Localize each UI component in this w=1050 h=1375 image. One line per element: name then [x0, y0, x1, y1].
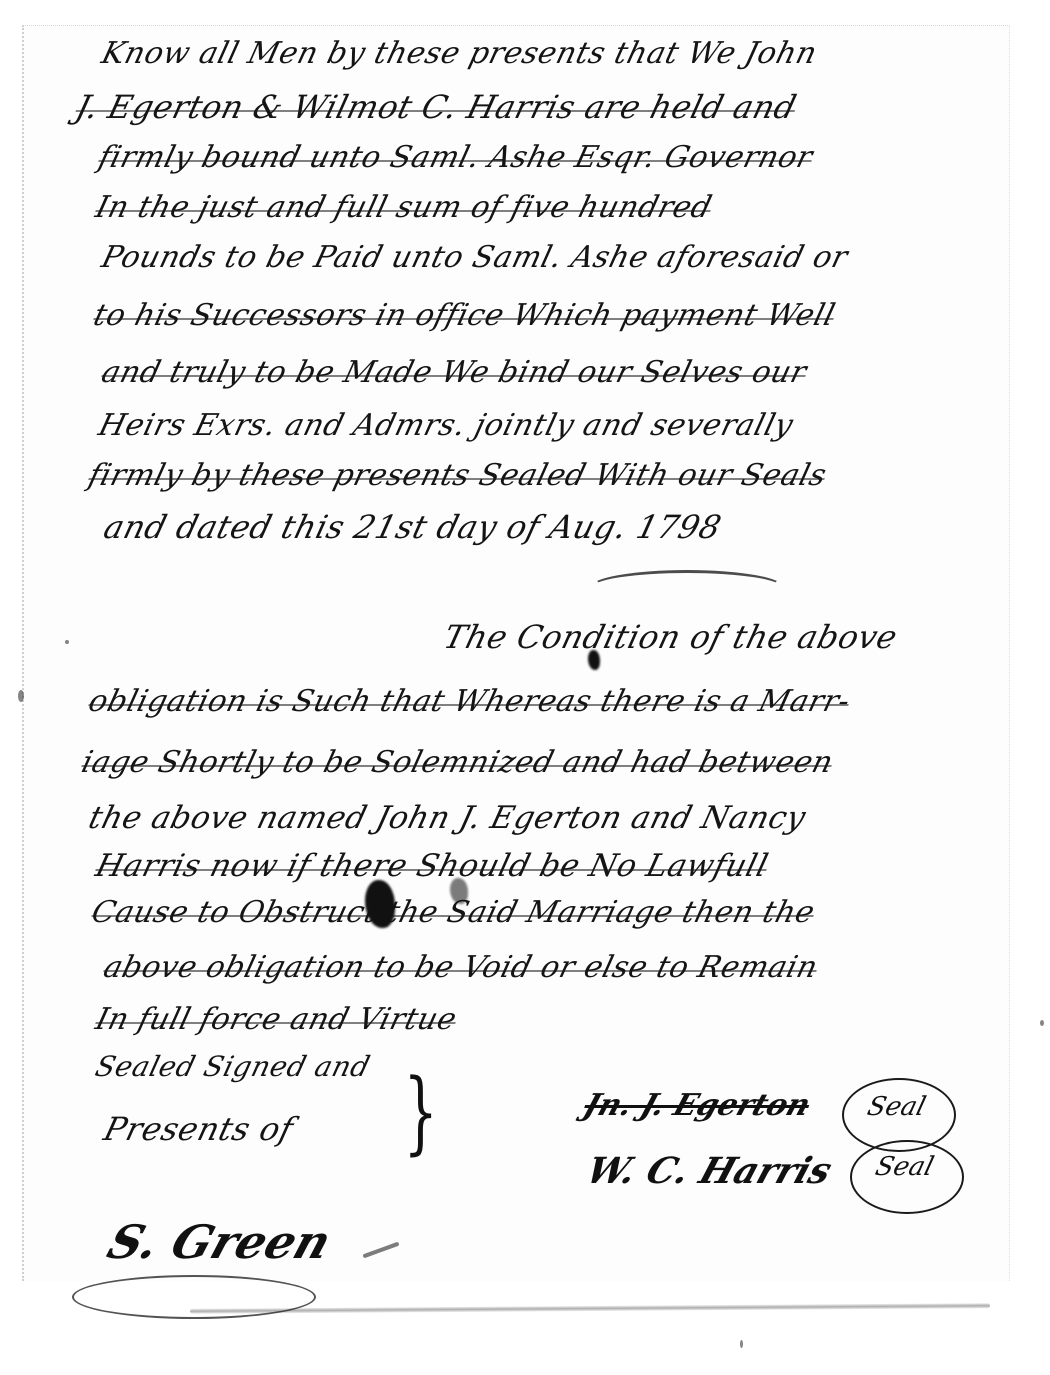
- scan-speck: [18, 690, 24, 702]
- signature-harris: W. C. Harris: [581, 1150, 837, 1192]
- signature-egerton: Jn. J. Egerton: [579, 1088, 814, 1123]
- attestation-line-2: Presents of: [100, 1110, 297, 1148]
- condition-line-2: iage Shortly to be Solemnized and had be…: [78, 745, 837, 780]
- ink-blot-small: [588, 650, 600, 670]
- seal-label-harris: Seal: [872, 1152, 936, 1182]
- scan-speck: [65, 640, 69, 644]
- attestation-line-1: Sealed Signed and: [92, 1050, 374, 1083]
- condition-line-7: In full force and Virtue: [92, 1002, 460, 1037]
- condition-line-6: above obligation to be Void or else to R…: [100, 950, 821, 985]
- ink-blot-faint: [450, 878, 468, 904]
- bond-line-1: Know all Men by these presents that We J…: [98, 36, 821, 71]
- seal-label-egerton: Seal: [864, 1092, 928, 1122]
- page-bottom-edge: [190, 1303, 990, 1314]
- bond-line-8: Heirs Exrs. and Admrs. jointly and sever…: [95, 408, 797, 443]
- witness-flourish: [72, 1275, 316, 1319]
- witness-signature: S. Green: [101, 1215, 338, 1269]
- bond-line-9: firmly by these presents Sealed With our…: [85, 458, 830, 493]
- scan-speck: [740, 1340, 743, 1348]
- condition-line-3: the above named John J. Egerton and Nanc…: [85, 800, 809, 836]
- bond-line-6: to his Successors in office Which paymen…: [90, 298, 839, 333]
- bond-line-7: and truly to be Made We bind our Selves …: [98, 355, 810, 390]
- bond-line-4: In the just and full sum of five hundred: [92, 190, 716, 225]
- bond-line-5: Pounds to be Paid unto Saml. Ashe afores…: [98, 240, 851, 275]
- condition-line-1: obligation is Such that Whereas there is…: [85, 684, 854, 719]
- bond-line-10-date: and dated this 21st day of Aug. 1798: [100, 508, 725, 546]
- date-flourish: [590, 570, 784, 605]
- bond-line-2: J. Egerton & Wilmot C. Harris are held a…: [72, 88, 800, 126]
- condition-heading: The Condition of the above: [440, 618, 901, 656]
- condition-line-4: Harris now if there Should be No Lawfull: [92, 848, 772, 884]
- attestation-brace: }: [403, 1060, 437, 1165]
- bond-line-3: firmly bound unto Saml. Ashe Esqr. Gover…: [95, 140, 816, 175]
- scan-speck: [1040, 1020, 1044, 1026]
